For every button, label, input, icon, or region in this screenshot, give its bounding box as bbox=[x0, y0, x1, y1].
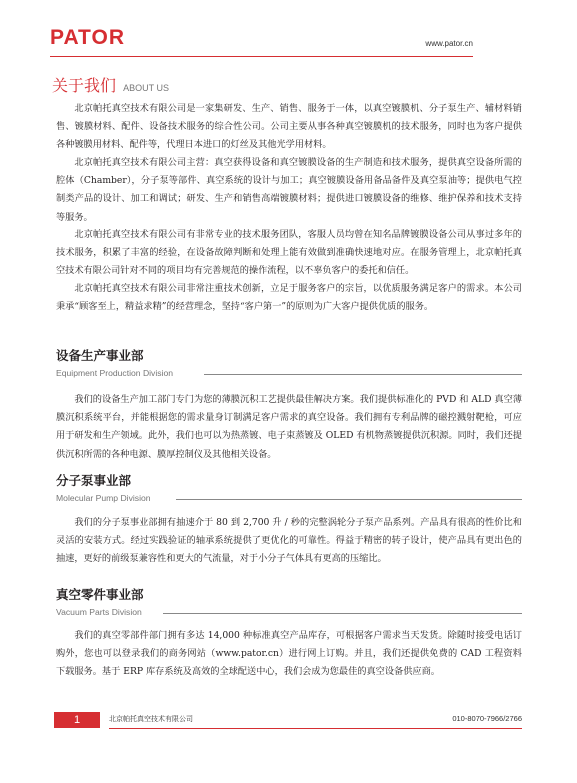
section-subtitle-molecular-pump: Molecular Pump Division bbox=[56, 492, 151, 504]
about-title-cn: 关于我们 bbox=[52, 76, 116, 95]
section-body-molecular-pump: 我们的分子泵事业部拥有抽速介于 80 到 2,700 升 / 秒的完整涡轮分子泵… bbox=[56, 514, 522, 569]
section-divider bbox=[204, 374, 522, 375]
about-paragraph-3: 北京帕托真空技术有限公司有非常专业的技术服务团队，客服人员均曾在知名品牌镀膜设备… bbox=[56, 226, 522, 281]
page-header: PATOR www.pator.cn bbox=[50, 28, 473, 57]
about-title-en: ABOUT US bbox=[123, 83, 169, 93]
section-divider bbox=[176, 499, 522, 500]
footer-company-name: 北京帕托真空技术有限公司 bbox=[109, 714, 193, 724]
about-paragraph-2: 北京帕托真空技术有限公司主营：真空获得设备和真空镀膜设备的生产制造和技术服务，提… bbox=[56, 154, 522, 227]
footer-divider bbox=[109, 728, 522, 729]
section-body-equipment: 我们的设备生产加工部门专门为您的薄膜沉积工艺提供最佳解决方案。我们提供标准化的 … bbox=[56, 391, 522, 464]
footer-phone: 010-8070-7966/2766 bbox=[452, 714, 522, 723]
section-body-vacuum-parts: 我们的真空零部件部门拥有多达 14,000 种标准真空产品库存，可根据客户需求当… bbox=[56, 627, 522, 682]
about-paragraph-4: 北京帕托真空技术有限公司非常注重技术创新，立足于服务客户的宗旨，以优质服务满足客… bbox=[56, 280, 522, 316]
about-paragraph-1: 北京帕托真空技术有限公司是一家集研发、生产、销售、服务于一体，以真空镀膜机、分子… bbox=[56, 100, 522, 155]
section-subtitle-equipment: Equipment Production Division bbox=[56, 367, 173, 379]
section-title-molecular-pump: 分子泵事业部 bbox=[56, 473, 131, 489]
section-title-vacuum-parts: 真空零件事业部 bbox=[56, 587, 144, 603]
section-title-equipment: 设备生产事业部 bbox=[56, 348, 144, 364]
page-number-badge: 1 bbox=[54, 712, 100, 728]
website-url: www.pator.cn bbox=[425, 39, 473, 48]
about-us-heading: 关于我们 ABOUT US bbox=[52, 76, 169, 98]
pator-logo: PATOR bbox=[50, 28, 125, 48]
section-subtitle-vacuum-parts: Vacuum Parts Division bbox=[56, 606, 142, 618]
section-divider bbox=[163, 613, 522, 614]
